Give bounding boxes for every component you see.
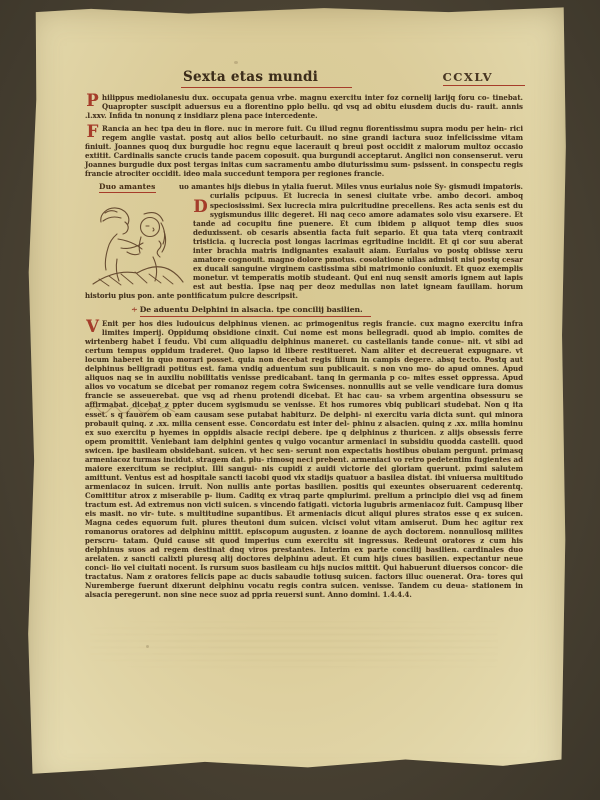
running-title: Sexta etas mundi: [181, 70, 352, 88]
paper-sheet: Sexta etas mundi CCXLV Philippus mediola…: [26, 5, 568, 791]
section-heading: De aduentu Delphini in alsacia. tpe conc…: [140, 305, 371, 317]
marginal-annotation: [87, 401, 179, 417]
paper-speck: [514, 773, 517, 775]
verso-show-through: [90, 621, 498, 673]
drop-cap-f: F: [85, 124, 100, 139]
page-header: Sexta etas mundi CCXLV: [85, 69, 523, 93]
drop-cap-d: D: [193, 199, 208, 214]
folio-number: CCXLV: [443, 73, 525, 86]
rubric-tick-icon: ∻: [131, 304, 138, 314]
paragraph-delphinus-text: Enit per hos dies ludouicus delphinus vi…: [85, 319, 523, 599]
paragraph-philippus: Philippus mediolanesiu dux. occupata gen…: [85, 93, 523, 120]
paragraph-francia-text: Rancia an hec tpa deu in flore. nuc in m…: [85, 124, 523, 178]
drop-cap-v: V: [85, 319, 100, 334]
paragraph-delphinus: VEnit per hos dies ludouicus delphinus v…: [85, 319, 523, 599]
photo-background: Sexta etas mundi CCXLV Philippus mediola…: [0, 0, 600, 800]
duo-amantes-woodcut-icon: [87, 199, 187, 287]
paragraph-duo-amantes: Duo amantes: [85, 182, 523, 300]
paragraph-philippus-text: hilippus mediolanesiu dux. occupata genu…: [85, 93, 523, 120]
section-heading-row: ∻De aduentu Delphini in alsacia. tpe con…: [85, 304, 523, 317]
paper-speck: [146, 645, 149, 648]
text-block: Sexta etas mundi CCXLV Philippus mediola…: [85, 69, 523, 603]
drop-cap-p: P: [85, 93, 100, 108]
paper-speck: [234, 61, 238, 64]
paragraph-francia: FRancia an hec tpa deu in flore. nuc in …: [85, 124, 523, 178]
marginal-caption-duo-amantes: Duo amantes: [99, 182, 156, 193]
